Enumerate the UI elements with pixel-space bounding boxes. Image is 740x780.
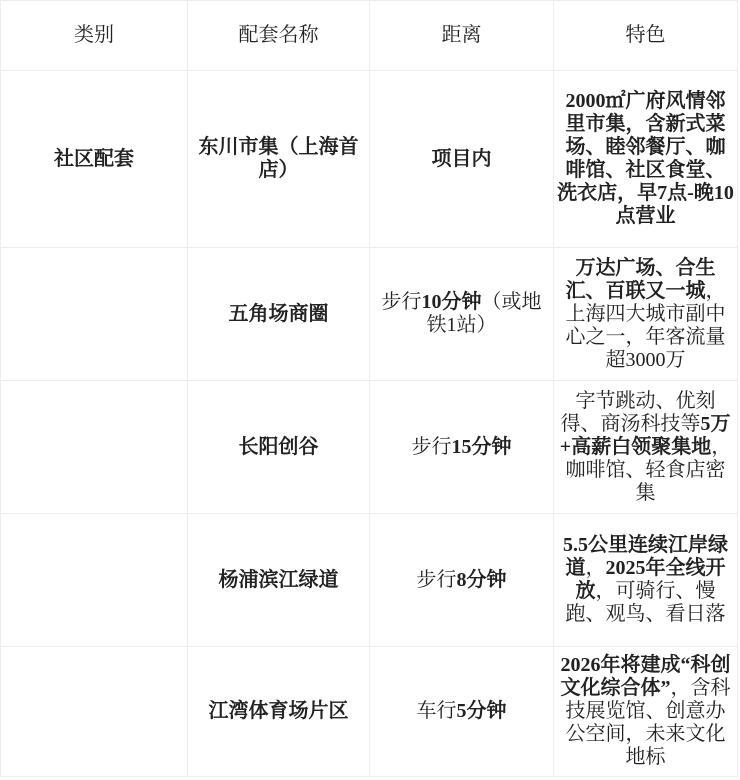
text-segment: 步行 (417, 569, 457, 591)
distance-cell: 步行15分钟 (370, 381, 554, 514)
distance-cell: 项目内 (370, 71, 554, 248)
table-header: 类别 配套名称 距离 特色 (1, 1, 738, 71)
category-cell (1, 514, 188, 647)
category-cell: 社区配套 (1, 71, 188, 248)
name-cell: 杨浦滨江绿道 (188, 514, 370, 647)
table-body: 社区配套东川市集（上海首店）项目内2000㎡广府风情邻里市集，含新式菜场、睦邻餐… (1, 71, 738, 777)
table-row: 江湾体育场片区车行5分钟2026年将建成“科创文化综合体”，含科技展览馆、创意办… (1, 647, 738, 777)
category-cell (1, 381, 188, 514)
text-segment: 15分钟 (452, 436, 512, 458)
text-segment: 5分钟 (457, 700, 507, 722)
text-segment: 字节跳动、优刻得、商汤科技等 (561, 390, 716, 435)
text-segment: 车行 (417, 700, 457, 722)
table-row: 长阳创谷步行15分钟字节跳动、优刻得、商汤科技等5万+高薪白领聚集地，咖啡馆、轻… (1, 381, 738, 514)
distance-cell: 步行10分钟（或地铁1站） (370, 248, 554, 381)
distance-cell: 车行5分钟 (370, 647, 554, 777)
text-segment: ， (586, 557, 606, 579)
features-cell: 2000㎡广府风情邻里市集，含新式菜场、睦邻餐厅、咖啡馆、社区食堂、洗衣店，早7… (554, 71, 738, 248)
category-cell (1, 647, 188, 777)
features-cell: 2026年将建成“科创文化综合体”，含科技展览馆、创意办公空间，未来文化地标 (554, 647, 738, 777)
text-segment: 10分钟 (422, 291, 482, 313)
distance-cell: 步行8分钟 (370, 514, 554, 647)
features-cell: 5.5公里连续江岸绿道，2025年全线开放，可骑行、慢跑、观鸟、看日落 (554, 514, 738, 647)
header-distance: 距离 (370, 1, 554, 71)
header-row: 类别 配套名称 距离 特色 (1, 1, 738, 71)
amenity-table: 类别 配套名称 距离 特色 社区配套东川市集（上海首店）项目内2000㎡广府风情… (0, 0, 738, 777)
header-category: 类别 (1, 1, 188, 71)
text-segment: 步行 (412, 436, 452, 458)
features-cell: 万达广场、合生汇、百联又一城，上海四大城市副中心之一，年客流量超3000万 (554, 248, 738, 381)
text-segment: 万达广场、合生汇、百联又一城 (566, 257, 716, 302)
table-row: 杨浦滨江绿道步行8分钟5.5公里连续江岸绿道，2025年全线开放，可骑行、慢跑、… (1, 514, 738, 647)
name-cell: 东川市集（上海首店） (188, 71, 370, 248)
name-cell: 长阳创谷 (188, 381, 370, 514)
category-cell (1, 248, 188, 381)
text-segment: 步行 (382, 291, 422, 313)
name-cell: 江湾体育场片区 (188, 647, 370, 777)
name-cell: 五角场商圈 (188, 248, 370, 381)
header-features: 特色 (554, 1, 738, 71)
table-row: 社区配套东川市集（上海首店）项目内2000㎡广府风情邻里市集，含新式菜场、睦邻餐… (1, 71, 738, 248)
features-cell: 字节跳动、优刻得、商汤科技等5万+高薪白领聚集地，咖啡馆、轻食店密集 (554, 381, 738, 514)
text-segment: 8分钟 (457, 569, 507, 591)
text-segment: 2000㎡广府风情邻里市集，含新式菜场、睦邻餐厅、咖啡馆、社区食堂、洗衣店，早7… (557, 90, 734, 227)
table-row: 五角场商圈步行10分钟（或地铁1站）万达广场、合生汇、百联又一城，上海四大城市副… (1, 248, 738, 381)
header-name: 配套名称 (188, 1, 370, 71)
text-segment: 项目内 (432, 148, 492, 170)
